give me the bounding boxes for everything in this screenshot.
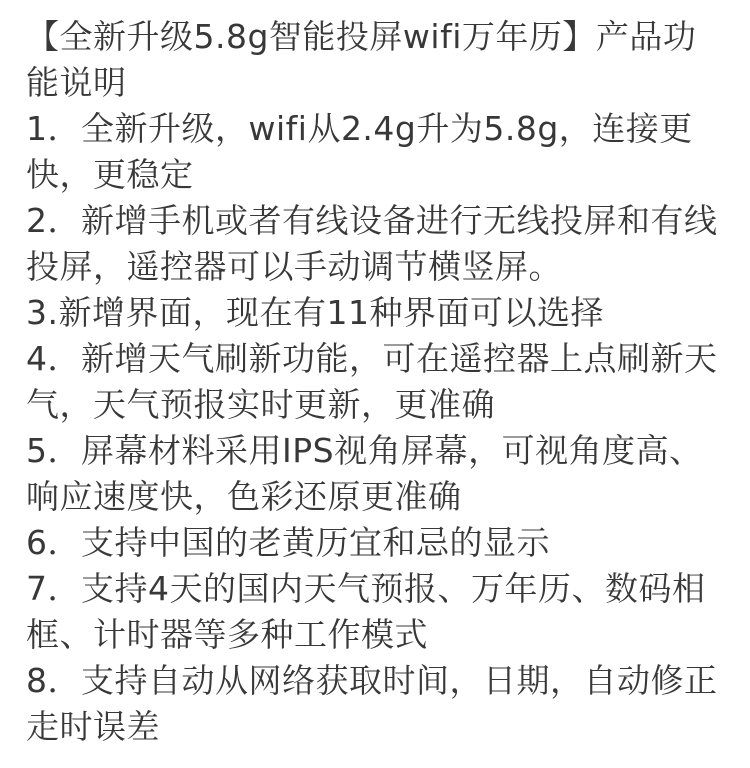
- feature-item-6: 6．支持中国的老黄历宜和忌的显示: [26, 520, 726, 566]
- feature-item-4: 4．新增天气刷新功能，可在遥控器上点刷新天气，天气预报实时更新，更准确: [26, 336, 726, 428]
- feature-item-2: 2．新增手机或者有线设备进行无线投屏和有线投屏，遥控器可以手动调节横竖屏。: [26, 198, 726, 290]
- feature-item-5: 5．屏幕材料采用IPS视角屏幕，可视角度高、响应速度快，色彩还原更准确: [26, 428, 726, 520]
- feature-item-3: 3.新增界面，现在有11种界面可以选择: [26, 290, 726, 336]
- feature-item-1: 1．全新升级，wifi从2.4g升为5.8g，连接更快，更稳定: [26, 106, 726, 198]
- product-description-page: 【全新升级5.8g智能投屏wifi万年历】产品功能说明 1．全新升级，wifi从…: [0, 0, 750, 768]
- feature-item-8: 8．支持自动从网络获取时间，日期，自动修正走时误差: [26, 658, 726, 750]
- product-title: 【全新升级5.8g智能投屏wifi万年历】产品功能说明: [26, 14, 726, 106]
- feature-item-7: 7．支持4天的国内天气预报、万年历、数码相框、计时器等多种工作模式: [26, 566, 726, 658]
